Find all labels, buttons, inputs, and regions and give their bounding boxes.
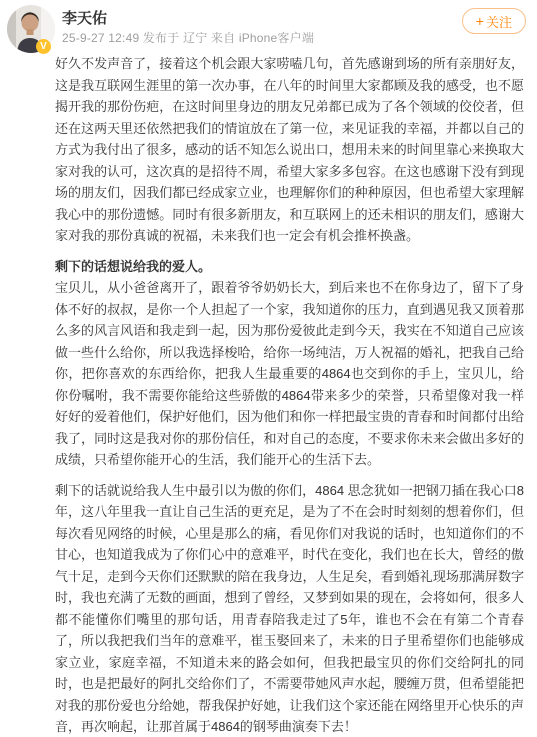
- follow-button[interactable]: + 关注: [462, 8, 526, 34]
- post-meta: 25-9-27 12:49 发布于 辽宁 来自 iPhone客户端: [62, 29, 314, 46]
- paragraph-thanks: 好久不发声音了，接着这个机会跟大家唠嗑几句，首先感谢到场的所有亲朋好友，这是我互…: [55, 53, 524, 247]
- post-header: V 李天佑 25-9-27 12:49 发布于 辽宁 来自 iPhone客户端 …: [0, 0, 537, 53]
- post-body: 好久不发声音了，接着这个机会跟大家唠嗑几句，首先感谢到场的所有亲朋好友，这是我互…: [55, 53, 524, 737]
- avatar[interactable]: V: [7, 5, 55, 53]
- paragraph-to-wife: 宝贝儿，从小爸爸离开了，跟着爷爷奶奶长大，到后来也不在你身边了，留下了身体不好的…: [55, 277, 524, 471]
- username[interactable]: 李天佑: [62, 7, 107, 28]
- plus-icon: +: [476, 14, 484, 28]
- verified-badge-icon: V: [36, 39, 51, 54]
- weibo-post-page: V 李天佑 25-9-27 12:49 发布于 辽宁 来自 iPhone客户端 …: [0, 0, 537, 737]
- follow-button-label: 关注: [486, 12, 512, 31]
- paragraph-to-fans: 剩下的话就说给我人生中最引以为傲的你们，4864 思念犹如一把钢刀插在我心口8年…: [55, 480, 524, 737]
- paragraph-lead-to-wife: 剩下的话想说给我的爱人。: [55, 256, 524, 278]
